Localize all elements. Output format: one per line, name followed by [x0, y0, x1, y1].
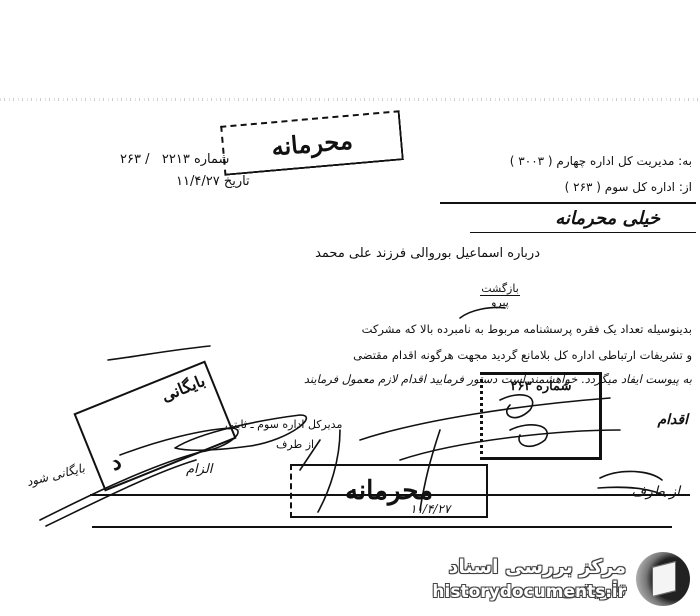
document-page: محرمانه شماره ۲۲۱۳ / ۲۶۳ تاریخ ۱۱/۴/۲۷ ب… [0, 0, 700, 616]
watermark-logo: مرکز بررسی اسناد تاریخی historydocuments… [400, 552, 690, 608]
page-icon [652, 561, 676, 597]
signature-scribbles [0, 0, 700, 616]
watermark-url: historydocuments.ir [432, 582, 626, 602]
